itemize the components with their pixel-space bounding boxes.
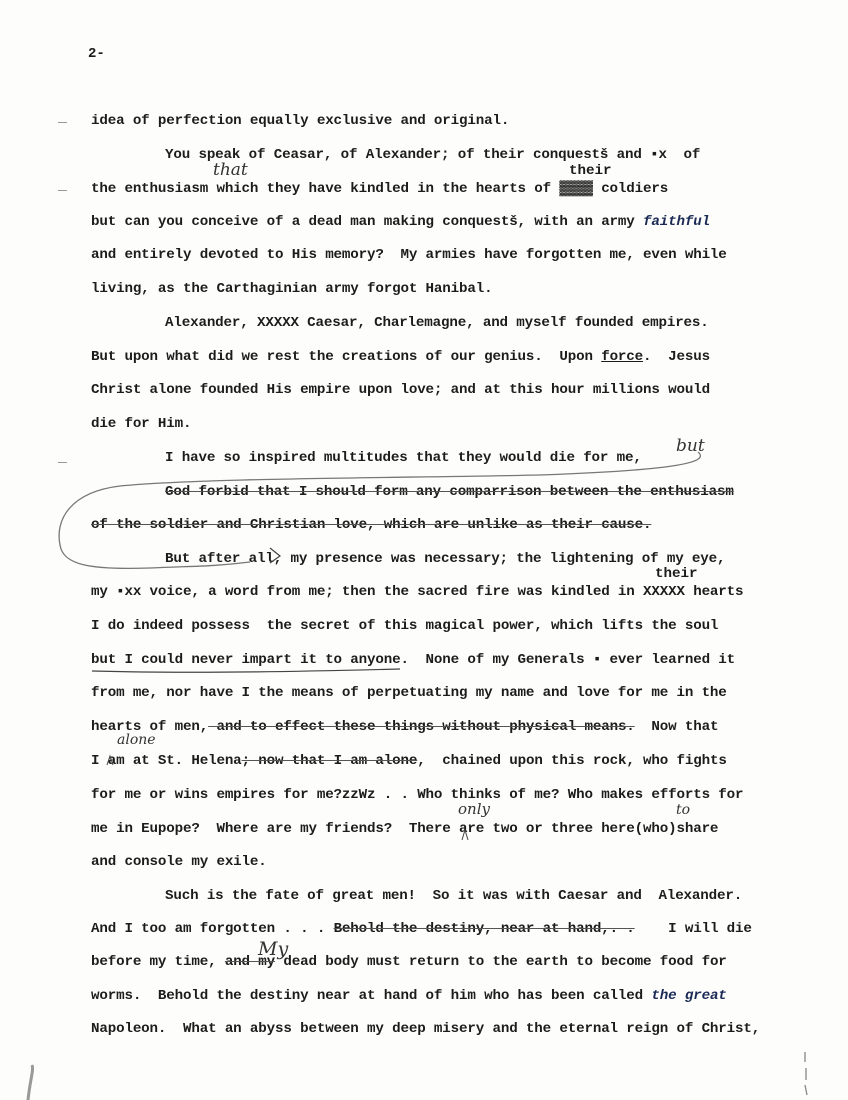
pen-annotations <box>0 0 848 1100</box>
